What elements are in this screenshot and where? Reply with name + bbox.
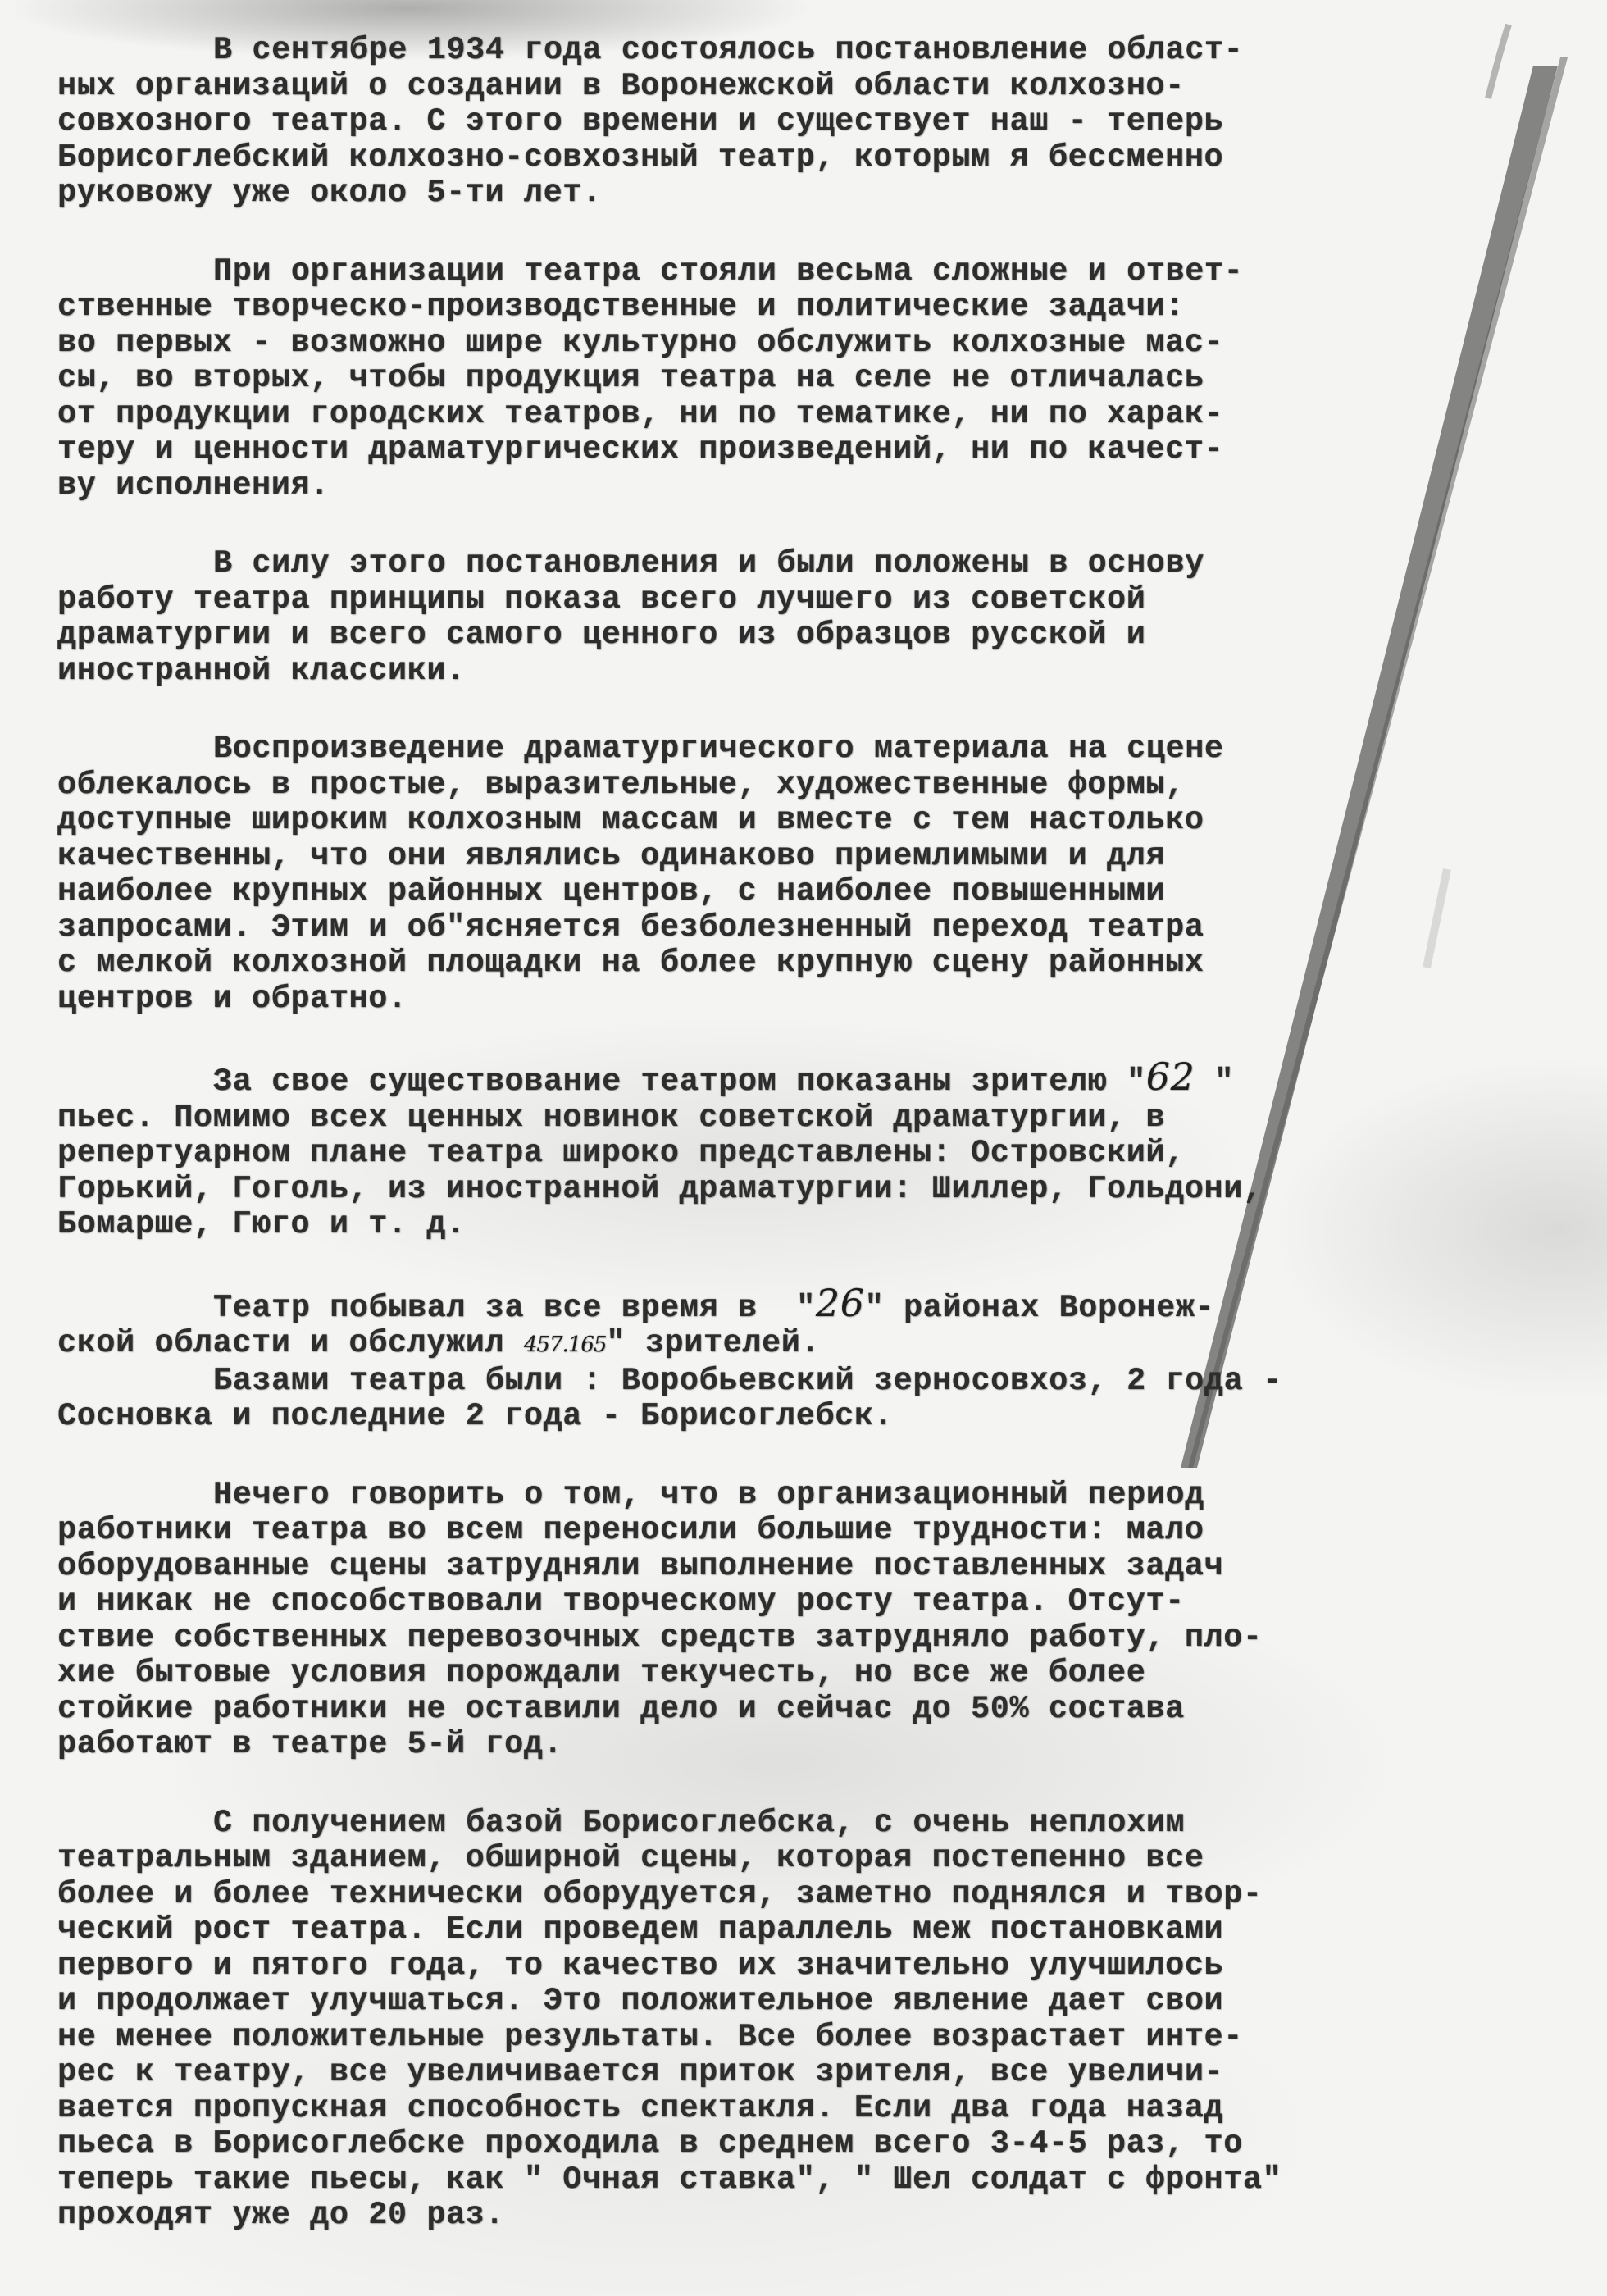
text-line: Борисоглебский колхозно-совхозный театр,… (57, 140, 1574, 176)
text-line: теру и ценности драматургических произве… (57, 432, 1574, 468)
text-line: первого и пятого года, то качество их зн… (57, 1948, 1574, 1984)
paragraph-2: При организации театра стояли весьма сло… (57, 254, 1574, 504)
text-line: оборудованные сцены затрудняли выполнени… (57, 1549, 1574, 1585)
text-line: проходят уже до 20 раз. (57, 2198, 1574, 2234)
text-line: работают в театре 5-й год. (57, 1727, 1574, 1763)
typed-text: " зрителей. (606, 1325, 820, 1361)
text-line: с мелкой колхозной площадки на более кру… (57, 945, 1574, 982)
paragraph-7: Нечего говорить о том, что в организацио… (57, 1478, 1574, 1763)
text-line: театральным зданием, обширной сцены, кот… (57, 1841, 1574, 1877)
text-line: Горький, Гоголь, из иностранной драматур… (57, 1172, 1574, 1208)
text-line: совхозного театра. С этого времени и сущ… (57, 104, 1574, 140)
text-line: ву исполнения. (57, 468, 1574, 504)
paragraph-6: Театр побывал за все время в "26" района… (57, 1286, 1574, 1435)
text-line: работники театра во всем переносили боль… (57, 1513, 1574, 1549)
text-line: не менее положительные результаты. Все б… (57, 2020, 1574, 2056)
text-line: драматургии и всего самого ценного из об… (57, 617, 1574, 654)
text-line: Сосновка и последние 2 года - Борисоглеб… (57, 1399, 1574, 1435)
paragraph-5: За свое существование театром показаны з… (57, 1059, 1574, 1243)
text-line: ственные творческо-производственные и по… (57, 289, 1574, 326)
text-line: во первых - возможно шире культурно обсл… (57, 326, 1574, 362)
paragraph-3: В силу этого постановления и были положе… (57, 546, 1574, 689)
text-line: и продолжает улучшаться. Это положительн… (57, 1984, 1574, 2020)
text-line: Нечего говорить о том, что в организацио… (57, 1478, 1574, 1514)
text-line: Бомарше, Гюго и т. д. (57, 1207, 1574, 1243)
text-line: наиболее крупных районных центров, с наи… (57, 874, 1574, 910)
text-line: Воспроизведение драматургического матери… (57, 731, 1574, 768)
typed-text: За свое существование театром показаны з… (213, 1064, 1146, 1100)
text-line: от продукции городских театров, ни по те… (57, 397, 1574, 433)
text-line: доступные широким колхозным массам и вме… (57, 803, 1574, 839)
paragraph-1: В сентябре 1934 года состоялось постанов… (57, 33, 1574, 212)
text-line: облекалось в простые, выразительные, худ… (57, 768, 1574, 804)
text-line: хие бытовые условия порождали текучесть,… (57, 1656, 1574, 1692)
text-line: качественны, что они являлись одинаково … (57, 839, 1574, 875)
text-line: и никак не способствовали творческому ро… (57, 1584, 1574, 1620)
typed-text: Театр побывал за все время в " (213, 1290, 816, 1326)
text-line: рес к театру, все увеличивается приток з… (57, 2055, 1574, 2091)
text-line: репертуарном плане театра широко предста… (57, 1136, 1574, 1172)
typed-text: " районах Воронеж- (865, 1290, 1215, 1326)
text-line: ных организаций о создании в Воронежской… (57, 69, 1574, 105)
handwritten-district-count: 26 (816, 1281, 865, 1325)
text-line: пьеса в Борисоглебске проходила в средне… (57, 2126, 1574, 2162)
text-line: стойкие работники не оставили дело и сей… (57, 1692, 1574, 1728)
handwritten-play-count: 62 (1146, 1055, 1195, 1099)
text-line: теперь такие пьесы, как " Очная ставка",… (57, 2162, 1574, 2198)
paragraph-4: Воспроизведение драматургического матери… (57, 731, 1574, 1017)
text-line: вается пропускная способность спектакля.… (57, 2091, 1574, 2127)
text-line: В силу этого постановления и были положе… (57, 546, 1574, 582)
text-line: сы, во вторых, чтобы продукция театра на… (57, 361, 1574, 397)
text-line: более и более технически оборудуется, за… (57, 1877, 1574, 1913)
document-body: В сентябре 1934 года состоялось постанов… (57, 33, 1574, 2234)
text-line: ской области и обслужил 457.165" зрителе… (57, 1326, 1574, 1364)
text-line: работу театра принципы показа всего лучш… (57, 582, 1574, 618)
text-line: запросами. Этим и об"ясняется безболезне… (57, 910, 1574, 946)
text-line: Базами театра были : Воробьевский зернос… (57, 1364, 1574, 1400)
text-line: пьес. Помимо всех ценных новинок советск… (57, 1100, 1574, 1137)
text-line: иностранной классики. (57, 654, 1574, 690)
text-line: При организации театра стояли весьма сло… (57, 254, 1574, 290)
typed-text: " (1195, 1064, 1234, 1100)
text-line: ствие собственных перевозочных средств з… (57, 1620, 1574, 1656)
text-line: С получением базой Борисоглебска, с очен… (57, 1806, 1574, 1842)
paragraph-8: С получением базой Борисоглебска, с очен… (57, 1806, 1574, 2234)
typed-text: ской области и обслужил (57, 1325, 524, 1361)
text-line: За свое существование театром показаны з… (57, 1059, 1574, 1100)
text-line: ческий рост театра. Если проведем паралл… (57, 1912, 1574, 1948)
text-line: Театр побывал за все время в "26" района… (57, 1286, 1574, 1327)
text-line: центров и обратно. (57, 982, 1574, 1018)
handwritten-viewer-count: 457.165 (524, 1332, 607, 1357)
text-line: руковожу уже около 5-ти лет. (57, 175, 1574, 212)
scanned-page: В сентябре 1934 года состоялось постанов… (0, 0, 1607, 2296)
text-line: В сентябре 1934 года состоялось постанов… (57, 33, 1574, 69)
